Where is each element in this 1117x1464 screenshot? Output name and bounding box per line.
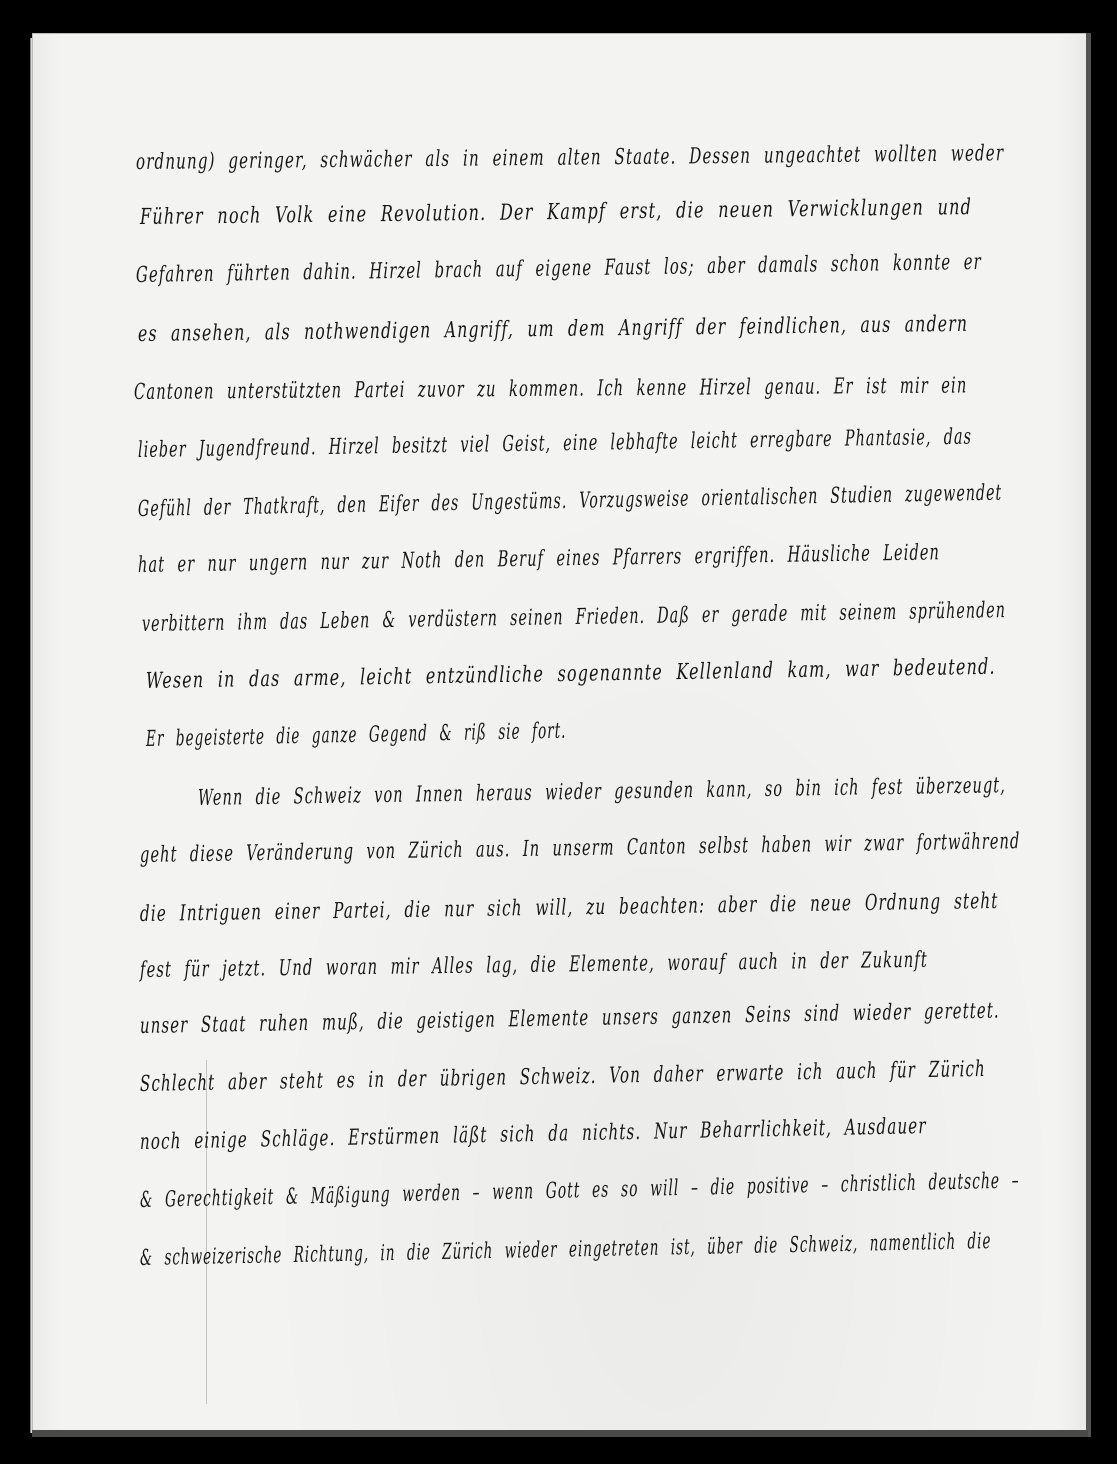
page-edge-right: [1086, 33, 1091, 1437]
page-fold-line: [206, 1060, 207, 1404]
page-bottom-edge: [32, 1430, 1088, 1437]
